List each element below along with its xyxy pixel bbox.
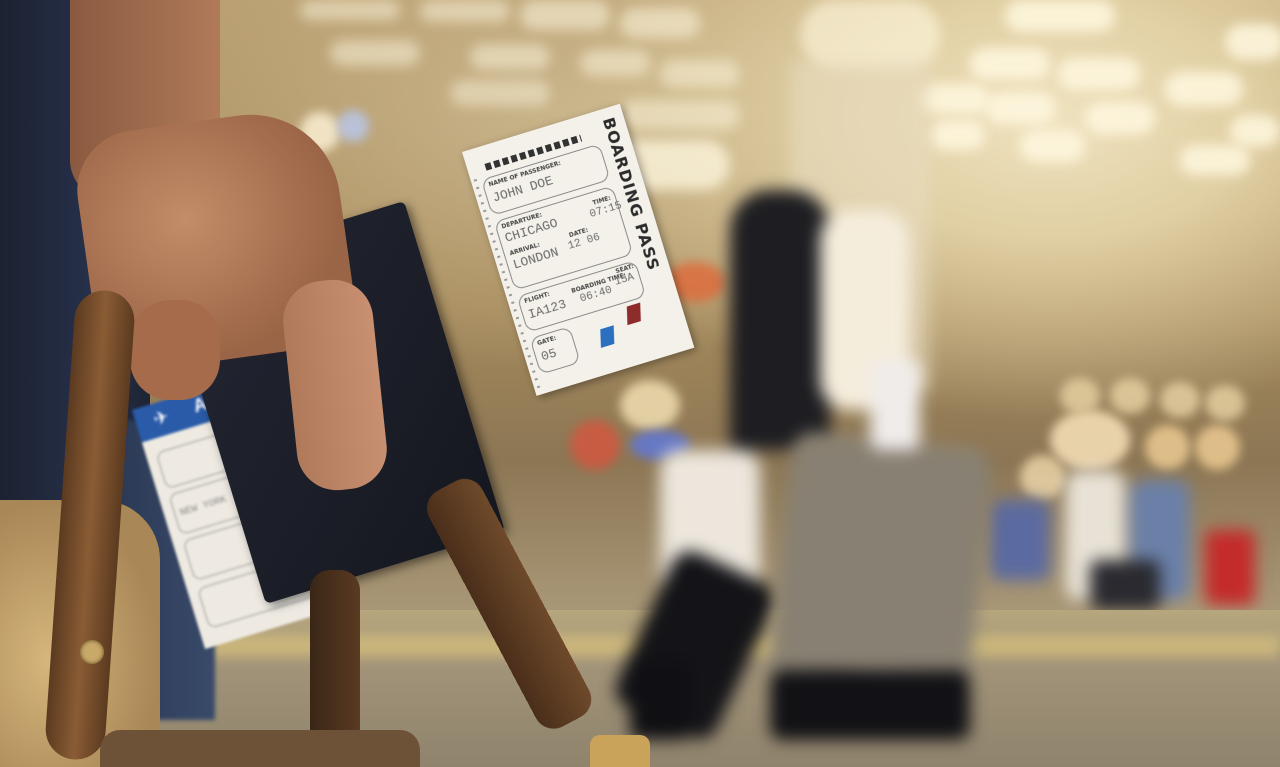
airport-photo: ✈ A NEW YORK BOARDING PASS NAME OF PASSE… <box>0 0 1280 767</box>
blue-diamond-mark <box>600 325 614 348</box>
airplane-icon: ✈ <box>151 406 172 430</box>
red-diamond-mark <box>627 302 641 325</box>
